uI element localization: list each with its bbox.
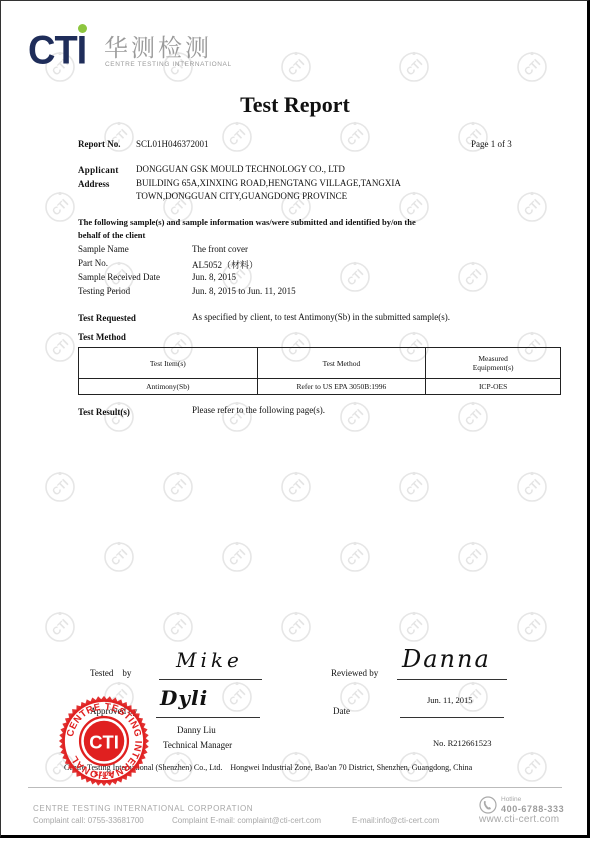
test-requested-label: Test Requested: [78, 313, 136, 323]
sample-intro-line-1: The following sample(s) and sample infor…: [78, 217, 416, 227]
approved-by-signature: Dyli: [160, 686, 208, 710]
sample-field-value: Jun. 8, 2015 to Jun. 11, 2015: [192, 286, 296, 296]
sample-field-label: Part No.: [78, 258, 108, 268]
footer-website[interactable]: www.cti-cert.com: [479, 814, 559, 825]
sample-field-value: Jun. 8, 2015: [192, 272, 236, 282]
tested-by-line: [159, 679, 262, 680]
address-line-2: TOWN,DONGGUAN CITY,GUANGDONG PROVINCE: [136, 191, 347, 201]
date-label: Date: [333, 706, 350, 716]
svg-text:CTI: CTI: [89, 731, 119, 752]
report-no: SCL01H046372001: [136, 139, 209, 149]
sample-field-value: AL5052（材料）: [192, 258, 258, 271]
address-label: Address: [78, 179, 109, 189]
date-line: [400, 717, 504, 718]
test-result-label: Test Result(s): [78, 407, 130, 417]
cell-test-item: Antimony(Sb): [79, 379, 258, 395]
footer-complaint-email: Complaint E-mail: complaint@cti-cert.com: [172, 816, 321, 825]
phone-icon: [479, 796, 497, 814]
footer-hotline-label: Hotline: [501, 796, 521, 803]
footer-corporation: CENTRE TESTING INTERNATIONAL CORPORATION: [33, 804, 253, 813]
logo-english-text: CENTRE TESTING INTERNATIONAL: [105, 61, 232, 68]
cell-equipment: ICP-OES: [426, 379, 561, 395]
sample-field-label: Sample Received Date: [78, 272, 160, 282]
test-method-label: Test Method: [78, 332, 126, 342]
table-row: Antimony(Sb) Refer to US EPA 3050B:1996 …: [79, 379, 561, 395]
address-line-1: BUILDING 65A,XINXING ROAD,HENGTANG VILLA…: [136, 178, 401, 188]
header-text: Equipment(s): [473, 363, 514, 372]
cti-seal-stamp-icon: CTI CENTRE TESTING INTERNATIONAL SZ(03): [58, 695, 150, 787]
approved-by-line: [156, 717, 260, 718]
test-result-value: Please refer to the following page(s).: [192, 405, 325, 415]
tested-by-signature: Mike: [176, 648, 243, 672]
reviewed-by-line: [397, 679, 507, 680]
column-header-test-method: Test Method: [257, 348, 426, 379]
column-header-test-item: Test Item(s): [79, 348, 258, 379]
footer-complaint-call: Complaint call: 0755-33681700: [33, 816, 144, 825]
test-method-table: Test Item(s) Test Method MeasuredEquipme…: [78, 347, 561, 395]
header-text: Test Method: [323, 359, 361, 368]
approver-name: Danny Liu: [177, 725, 216, 735]
applicant-value: DONGGUAN GSK MOULD TECHNOLOGY CO., LTD: [136, 164, 345, 174]
certificate-number: No. R212661523: [433, 738, 492, 748]
sample-field-value: The front cover: [192, 244, 248, 254]
report-date: Jun. 11, 2015: [427, 695, 473, 705]
table-header-row: Test Item(s) Test Method MeasuredEquipme…: [79, 348, 561, 379]
reviewed-by-label: Reviewed by: [331, 668, 378, 678]
svg-text:SZ(03): SZ(03): [94, 771, 114, 778]
header-text: Measured: [478, 354, 508, 363]
logo-cti-text: CTI: [28, 31, 86, 71]
test-requested-value: As specified by client, to test Antimony…: [192, 312, 450, 322]
applicant-label: Applicant: [78, 165, 119, 175]
column-header-equipment: MeasuredEquipment(s): [426, 348, 561, 379]
logo-chinese-text: 华测检测: [104, 34, 212, 62]
header-text: Test Item(s): [150, 359, 186, 368]
page-indicator: Page 1 of 3: [471, 139, 512, 149]
sample-field-label: Testing Period: [78, 286, 130, 296]
footer-divider: [28, 787, 562, 788]
page-title: Test Report: [0, 92, 590, 118]
footer-email: E-mail:info@cti-cert.com: [352, 816, 439, 825]
logo-dot-icon: [78, 24, 87, 33]
sample-intro-line-2: behalf of the client: [78, 230, 145, 240]
sample-field-label: Sample Name: [78, 244, 129, 254]
reviewed-by-signature: Danna: [402, 645, 491, 673]
approver-title: Technical Manager: [163, 740, 232, 750]
footer-hotline-number: 400-6788-333: [501, 804, 564, 814]
tested-by-label: Tested by: [90, 668, 131, 678]
cell-test-method: Refer to US EPA 3050B:1996: [257, 379, 426, 395]
report-no-label: Report No.: [78, 139, 121, 149]
